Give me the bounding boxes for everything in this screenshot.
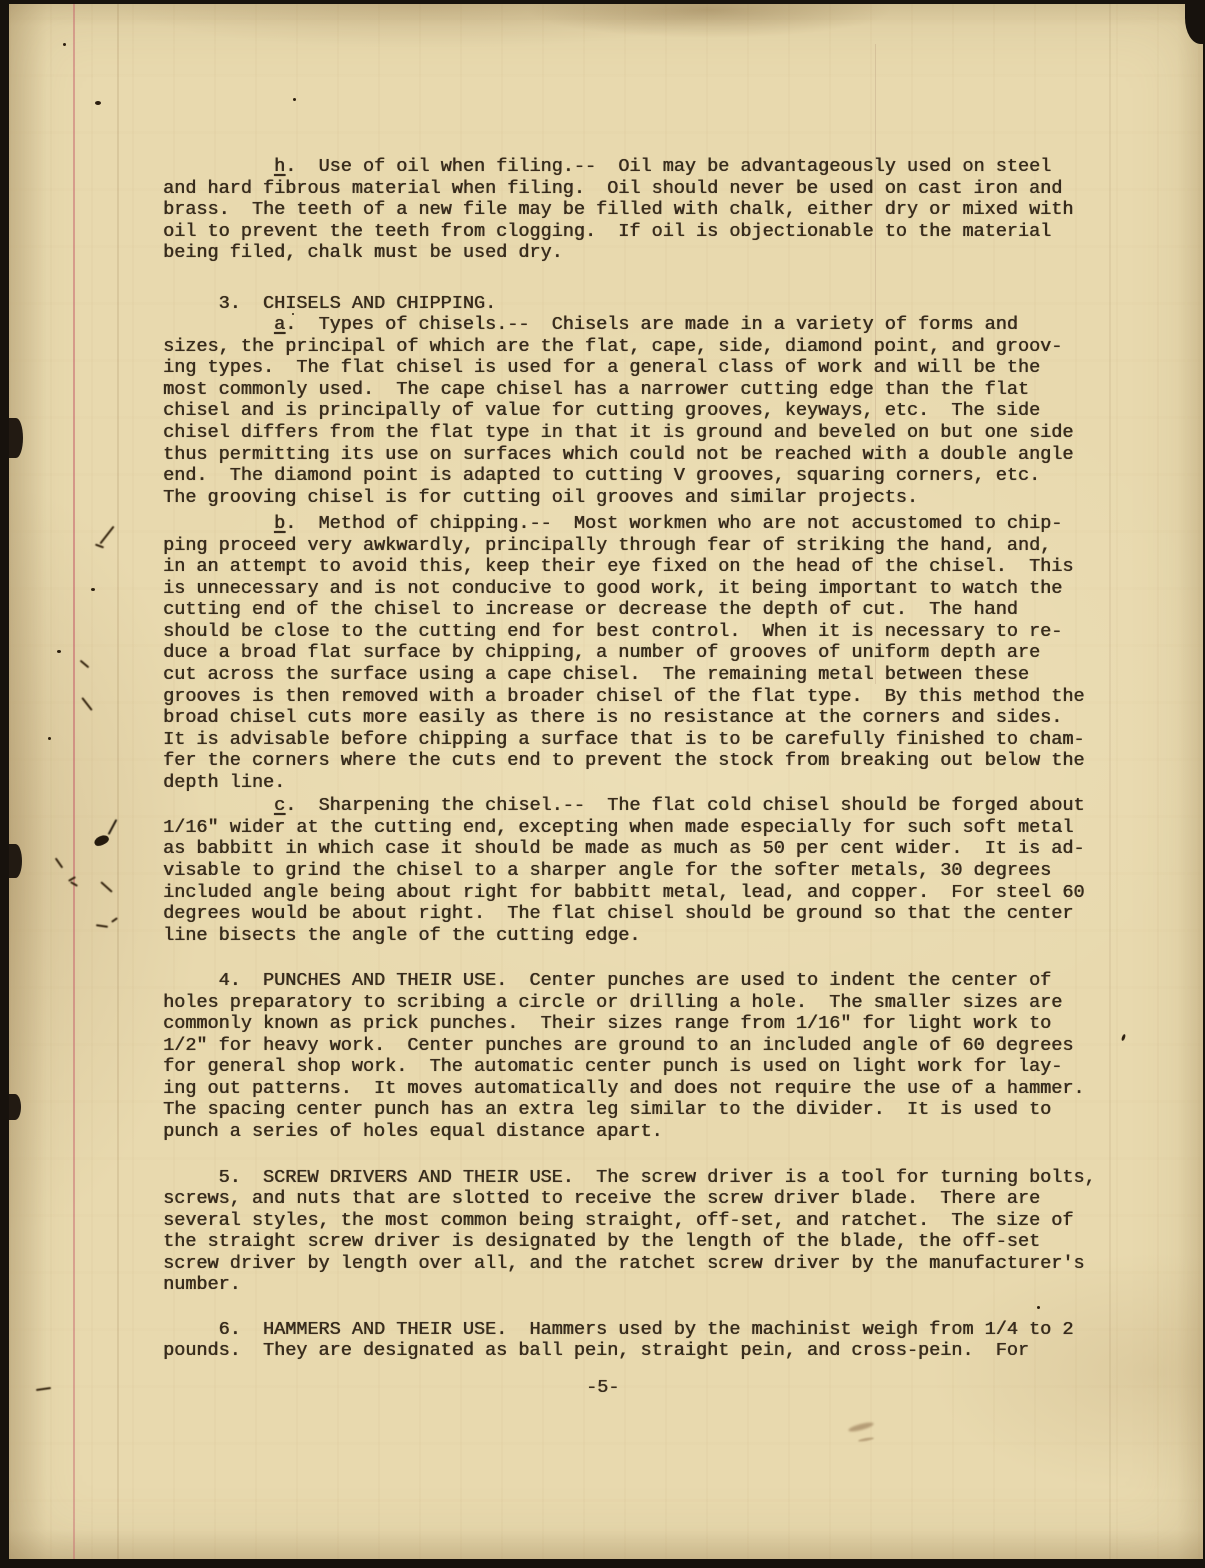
text-line: number. bbox=[163, 1274, 1123, 1296]
scan-edge-bottom bbox=[0, 1559, 1205, 1568]
text-line: sizes, the principal of which are the fl… bbox=[163, 336, 1123, 358]
scan-edge-shadow bbox=[9, 844, 22, 878]
block-para-a: a. Types of chisels.-- Chisels are made … bbox=[163, 314, 1123, 508]
underlined-label: a bbox=[274, 314, 285, 335]
text-line: 5. SCREW DRIVERS AND THEIR USE. The scre… bbox=[163, 1167, 1123, 1189]
scan-edge-top bbox=[0, 0, 1205, 4]
text-blocks: h. Use of oil when filing.-- Oil may be … bbox=[163, 156, 1123, 1362]
underlined-label: b bbox=[274, 513, 285, 534]
block-para-b: b. Method of chipping.-- Most workmen wh… bbox=[163, 513, 1123, 793]
text-line: cut across the surface using a cape chis… bbox=[163, 664, 1123, 686]
block-sec-4: 4. PUNCHES AND THEIR USE. Center punches… bbox=[163, 970, 1123, 1142]
text-line: in an attempt to avoid this, keep their … bbox=[163, 556, 1123, 578]
ink-speck bbox=[63, 43, 66, 46]
block-heading-3: 3. CHISELS AND CHIPPING. bbox=[163, 293, 1123, 315]
scan-edge-shadow bbox=[9, 1094, 21, 1120]
text-line: 4. PUNCHES AND THEIR USE. Center punches… bbox=[163, 970, 1123, 992]
paper-crease bbox=[117, 4, 119, 1559]
text-line: for general shop work. The automatic cen… bbox=[163, 1056, 1123, 1078]
text-line: line bisects the angle of the cutting ed… bbox=[163, 925, 1123, 947]
text-line: end. The diamond point is adapted to cut… bbox=[163, 465, 1123, 487]
block-para-h: h. Use of oil when filing.-- Oil may be … bbox=[163, 156, 1123, 264]
text-line: visable to grind the chisel to a sharper… bbox=[163, 860, 1123, 882]
scan-edge-shadow bbox=[9, 418, 23, 458]
ink-speck bbox=[91, 588, 95, 591]
text-line: 3. CHISELS AND CHIPPING. bbox=[163, 293, 1123, 315]
text-line: should be close to the cutting end for b… bbox=[163, 621, 1123, 643]
text-line: the straight screw driver is designated … bbox=[163, 1231, 1123, 1253]
scan-edge-left bbox=[0, 0, 9, 1568]
ink-speck bbox=[1037, 1306, 1040, 1309]
text-line: screw driver by length over all, and the… bbox=[163, 1253, 1123, 1275]
ink-speck bbox=[48, 737, 51, 740]
text-line: pounds. They are designated as ball pein… bbox=[163, 1340, 1123, 1362]
text-line: broad chisel cuts more easily as there i… bbox=[163, 707, 1123, 729]
text-line: ping proceed very awkwardly, principally… bbox=[163, 535, 1123, 557]
text-line: 6. HAMMERS AND THEIR USE. Hammers used b… bbox=[163, 1319, 1123, 1341]
text-line: 1/16" wider at the cutting end, exceptin… bbox=[163, 817, 1123, 839]
text-line: c. Sharpening the chisel.-- The flat col… bbox=[163, 795, 1123, 817]
text-line: brass. The teeth of a new file may be fi… bbox=[163, 199, 1123, 221]
text-line: duce a broad flat surface by chipping, a… bbox=[163, 642, 1123, 664]
red-margin-rule bbox=[73, 4, 75, 1559]
text-line: several styles, the most common being st… bbox=[163, 1210, 1123, 1232]
text-line: as babbitt in which case it should be ma… bbox=[163, 838, 1123, 860]
text-line: h. Use of oil when filing.-- Oil may be … bbox=[163, 156, 1123, 178]
text-line: being filed, chalk must be used dry. bbox=[163, 242, 1123, 264]
page-number: -5- bbox=[586, 1377, 619, 1398]
text-line: The spacing center punch has an extra le… bbox=[163, 1099, 1123, 1121]
ink-speck bbox=[292, 313, 294, 315]
text-line: The grooving chisel is for cutting oil g… bbox=[163, 487, 1123, 509]
text-line: chisel and is principally of value for c… bbox=[163, 400, 1123, 422]
text-line: included angle being about right for bab… bbox=[163, 882, 1123, 904]
text-line: ing out patterns. It moves automatically… bbox=[163, 1078, 1123, 1100]
text-line: fer the corners where the cuts end to pr… bbox=[163, 750, 1123, 772]
text-line: a. Types of chisels.-- Chisels are made … bbox=[163, 314, 1123, 336]
text-line: commonly known as prick punches. Their s… bbox=[163, 1013, 1123, 1035]
text-line: is unnecessary and is not conducive to g… bbox=[163, 578, 1123, 600]
text-line: grooves is then removed with a broader c… bbox=[163, 686, 1123, 708]
text-line: b. Method of chipping.-- Most workmen wh… bbox=[163, 513, 1123, 535]
ink-speck bbox=[293, 98, 296, 101]
text-line: holes preparatory to scribing a circle o… bbox=[163, 992, 1123, 1014]
text-line: screws, and nuts that are slotted to rec… bbox=[163, 1188, 1123, 1210]
text-line: oil to prevent the teeth from clogging. … bbox=[163, 221, 1123, 243]
text-line: punch a series of holes equal distance a… bbox=[163, 1121, 1123, 1143]
text-line: and hard fibrous material when filing. O… bbox=[163, 178, 1123, 200]
underlined-label: h bbox=[274, 156, 285, 177]
block-sec-6: 6. HAMMERS AND THEIR USE. Hammers used b… bbox=[163, 1319, 1123, 1362]
ink-speck bbox=[57, 650, 61, 653]
block-para-c: c. Sharpening the chisel.-- The flat col… bbox=[163, 795, 1123, 946]
text-line: most commonly used. The cape chisel has … bbox=[163, 379, 1123, 401]
text-line: ing types. The flat chisel is used for a… bbox=[163, 357, 1123, 379]
text-line: depth line. bbox=[163, 772, 1123, 794]
text-line: chisel differs from the flat type in tha… bbox=[163, 422, 1123, 444]
ink-speck bbox=[95, 101, 101, 105]
text-line: It is advisable before chipping a surfac… bbox=[163, 729, 1123, 751]
block-sec-5: 5. SCREW DRIVERS AND THEIR USE. The scre… bbox=[163, 1167, 1123, 1296]
text-line: cutting end of the chisel to increase or… bbox=[163, 599, 1123, 621]
underlined-label: c bbox=[274, 795, 285, 816]
text-line: 1/2" for heavy work. Center punches are … bbox=[163, 1035, 1123, 1057]
text-line: degrees would be about right. The flat c… bbox=[163, 903, 1123, 925]
text-line: thus permitting its use on surfaces whic… bbox=[163, 444, 1123, 466]
